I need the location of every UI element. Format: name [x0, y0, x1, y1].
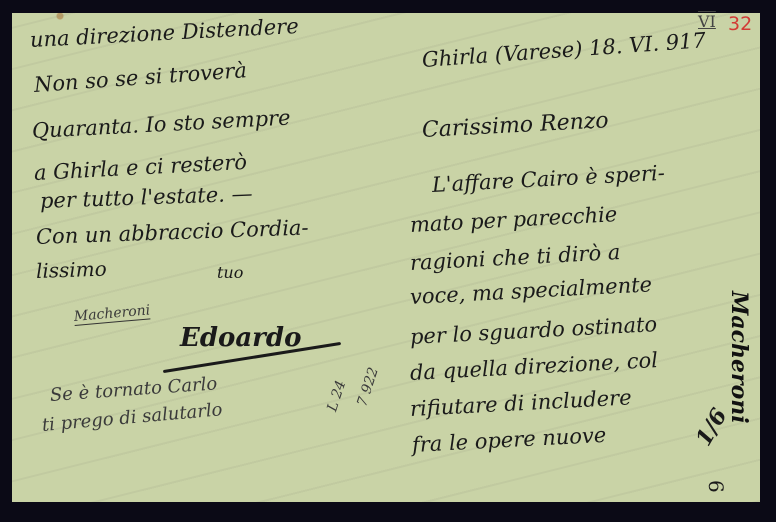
left-line-7: lissimo: [36, 257, 108, 283]
postscript-line-2: ti prego di salutarlo: [41, 399, 223, 436]
pencil-note: Macheroni: [73, 302, 151, 326]
signature: Edoardo: [180, 323, 301, 353]
salutation: Carissimo Renzo: [421, 108, 609, 143]
letter-header-date: Ghirla (Varese) 18. VI. 917: [421, 28, 706, 72]
pencil-date-1: L 24: [324, 379, 349, 414]
closing: tuo: [217, 263, 243, 282]
left-line-5: per tutto l'estate. —: [40, 182, 253, 213]
pencil-date-2: 7 922: [354, 365, 382, 408]
letter-paper: VI 32 una direzione Distendere Non so se…: [12, 13, 760, 502]
left-line-1: una direzione Distendere: [29, 14, 299, 52]
left-line-3: Quaranta. Io sto sempre: [31, 105, 291, 143]
margin-vertical-note: Macheroni: [726, 291, 752, 424]
bottom-number: 6: [704, 480, 728, 493]
left-line-6: Con un abbraccio Cordia-: [36, 215, 309, 249]
right-line-3: ragioni che ti dirò a: [409, 240, 621, 275]
right-line-4: voce, ma specialmente: [409, 272, 652, 309]
right-line-8: fra le opere nuove: [411, 423, 606, 457]
right-line-6: da quella direzione, col: [409, 348, 658, 385]
left-line-2: Non so se si troverà: [33, 58, 247, 97]
right-line-5: per lo sguardo ostinato: [409, 312, 657, 349]
left-line-4: a Ghirla e ci resterò: [33, 150, 247, 185]
right-line-7: rifiutare di includere: [409, 385, 632, 421]
folio-number: 32: [728, 13, 752, 35]
right-line-1: L'affare Cairo è speri-: [431, 161, 665, 197]
right-line-2: mato per parecchie: [409, 202, 617, 237]
